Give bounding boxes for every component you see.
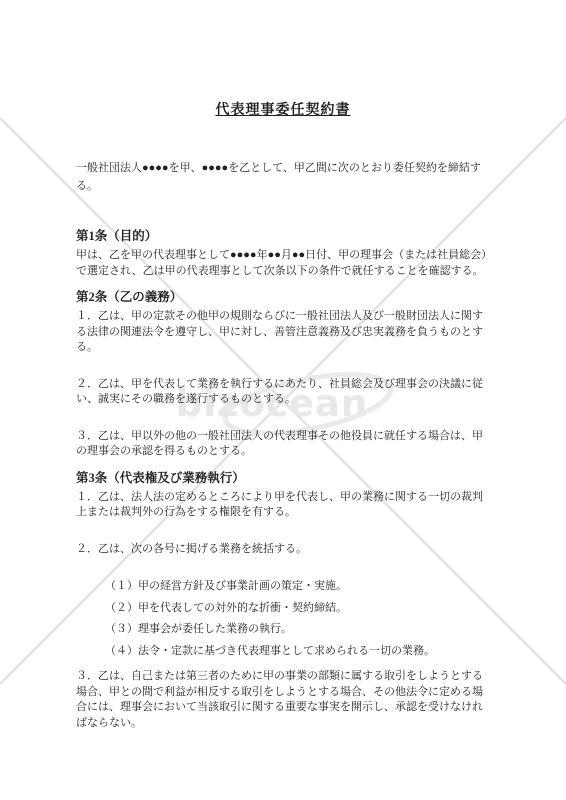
article-1: 第1条（目的） 甲は、乙を甲の代表理事として●●●●年●●月●●日付、甲の理事会… [76, 229, 490, 279]
article-1-heading: 第1条（目的） [76, 229, 490, 244]
article-3: 第3条（代表権及び業務執行） １．乙は、法人法の定めるところにより甲を代表し、甲… [76, 471, 490, 732]
document-title: 代表理事委任契約書 [76, 99, 490, 119]
article-1-paragraph: 甲は、乙を甲の代表理事として●●●●年●●月●●日付、甲の理事会（または社員総会… [76, 248, 490, 279]
article-3-paragraph-1: １．乙は、法人法の定めるところにより甲を代表し、甲の業務に関する一切の裁判上また… [76, 490, 490, 521]
preamble-paragraph: 一般社団法人●●●●を甲、●●●●を乙として、甲乙間に次のとおり委任契約を締結す… [76, 160, 490, 195]
document-page: bizocean 代表理事委任契約書 一般社団法人●●●●を甲、●●●●を乙とし… [0, 0, 566, 800]
article-2-paragraph-3: ３．乙は、甲以外の他の一般社団法人の代表理事その他役員に就任する場合は、甲の理事… [76, 429, 490, 460]
list-item: （２）甲を代表しての対外的な折衝・契約締結。 [105, 598, 490, 620]
article-3-heading: 第3条（代表権及び業務執行） [76, 471, 490, 486]
article-3-paragraph-2: ２．乙は、次の各号に掲げる業務を統括する。 [76, 542, 490, 558]
list-item: （３）理事会が委任した業務の執行。 [105, 619, 490, 641]
document-content: 代表理事委任契約書 一般社団法人●●●●を甲、●●●●を乙として、甲乙間に次のと… [0, 99, 566, 731]
article-3-paragraph-3: ３．乙は、自己または第三者のために甲の事業の部類に属する取引をしようとする場合、… [76, 669, 490, 731]
article-2-paragraph-2: ２．乙は、甲を代表して業務を執行するにあたり、社員総会及び理事会の決議に従い、誠… [76, 377, 490, 408]
article-2: 第2条（乙の義務） １．乙は、甲の定款その他甲の規則ならびに一般社団法人及び一般… [76, 290, 490, 460]
article-2-heading: 第2条（乙の義務） [76, 290, 490, 305]
article-2-paragraph-1: １．乙は、甲の定款その他甲の規則ならびに一般社団法人及び一般財団法人に関する法律… [76, 309, 490, 356]
list-item: （４）法令・定款に基づき代表理事として求められる一切の業務。 [105, 641, 490, 663]
article-3-duty-list: （１）甲の経営方針及び事業計画の策定・実施。 （２）甲を代表しての対外的な折衝・… [76, 576, 490, 662]
list-item: （１）甲の経営方針及び事業計画の策定・実施。 [105, 576, 490, 598]
